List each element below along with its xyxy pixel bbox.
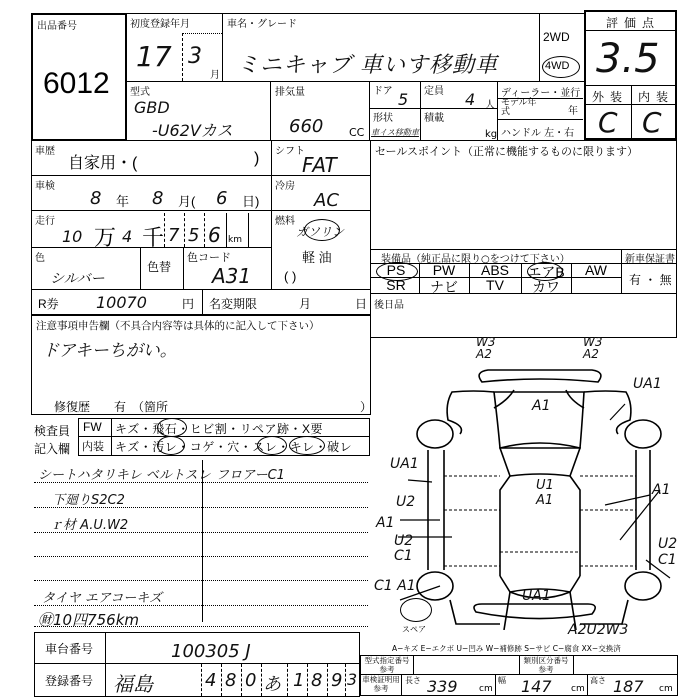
- comment-left-1: シートハタリキレ ベルトスレ: [38, 464, 211, 483]
- model-code-2: -U62Vカス: [152, 118, 233, 141]
- mileage-man: 10: [62, 227, 82, 246]
- comment-left-2: 下廻りS2C2: [52, 489, 125, 508]
- car-name-box: 車名・グレード ミニキャブ 車いす移動車: [222, 13, 540, 82]
- registration-region: 福島: [113, 668, 153, 697]
- load-box: 積載 kg: [420, 108, 498, 141]
- registration-row: 登録番号 福島 4 8 0 あ 1 8 9 3: [34, 663, 360, 697]
- capacity: 4: [465, 90, 475, 109]
- usage-value: 自家用・(: [68, 150, 137, 173]
- displacement: 660: [289, 116, 323, 137]
- lot-label: 出品番号: [37, 17, 77, 32]
- dmg-hood: A1: [532, 398, 550, 414]
- notes-text: ドアキーちがい。: [42, 336, 177, 361]
- int-stain-circle: [157, 436, 185, 455]
- doors-box: ドア 5: [369, 81, 421, 109]
- first-registration-box: 初度登録年月 17 3 月: [125, 13, 223, 82]
- drive-type-box: 2WD 4WD: [539, 13, 585, 82]
- ac: AC: [314, 190, 339, 211]
- car-name-label: 車名・グレード: [227, 15, 297, 30]
- insp-month: 8: [152, 188, 163, 209]
- equip-sr: SR: [373, 277, 419, 293]
- shift: FAT: [302, 153, 337, 177]
- notes-label: 注意事項申告欄（不具合内容等は具体的に記入して下さい）: [36, 318, 320, 333]
- dmg-left-rear-u2: U2: [394, 533, 413, 549]
- int-label: 内装: [82, 438, 104, 454]
- int-wear-circle: [257, 436, 287, 455]
- sales-point-label: セールスポイント（正常に機能するものに限ります）: [375, 143, 638, 159]
- equip-tv: TV: [469, 277, 521, 293]
- comment-left-3: ｒ材 A.U.W2: [50, 514, 128, 533]
- color-row: 色 シルバー: [31, 247, 141, 290]
- dmg-left-rear-door: U2: [396, 494, 415, 510]
- model-code-1: GBD: [134, 98, 170, 117]
- interior-label: 内装: [638, 88, 674, 105]
- dimensions-row: 車検証明用 参考 長さ 339 cm 幅 147 cm 高さ 187 cm: [360, 674, 678, 696]
- interior-grade: C: [642, 106, 662, 139]
- name-change-box: 名変期限 月 日: [202, 289, 371, 316]
- mileage-digit-3: 6: [208, 223, 221, 247]
- recycle-amount: 10070: [96, 293, 147, 312]
- mileage-sen: 4: [122, 227, 132, 246]
- warranty-value: 有 ・ 無: [629, 271, 672, 288]
- equip-pw: PW: [419, 262, 469, 278]
- chassis-row: 車台番号 100305 J: [34, 632, 360, 664]
- exterior-label: 外装: [592, 88, 628, 105]
- dmg-roof: U1 A1: [536, 478, 550, 508]
- length: 339: [427, 677, 458, 696]
- doors: 5: [398, 90, 408, 109]
- fuel-diesel: 軽 油: [302, 247, 332, 266]
- score-box: 評価点 3.5 外装 内装 C C: [584, 10, 677, 140]
- color-code: A31: [212, 264, 251, 288]
- shape-box: 形状 車イス移動車: [369, 108, 421, 141]
- color-code-box: 色コード A31: [183, 247, 272, 290]
- car-name: ミニキャブ 車いす移動車: [237, 48, 498, 79]
- type-cert-label: 型式指定番号 参考: [362, 656, 412, 674]
- first-reg-month: 3: [188, 44, 202, 69]
- dmg-left-sill: A1: [376, 515, 394, 531]
- registration-label: 登録番号: [45, 672, 93, 689]
- ac-box: 冷房 AC: [271, 175, 371, 211]
- comment-right-1: フロアーC1: [216, 464, 285, 483]
- aftermarket-label: 後日品: [374, 296, 404, 311]
- spare-tire-icon: [400, 598, 432, 622]
- drive-4wd-circle: [542, 56, 580, 78]
- mileage-digit-1: 7: [168, 225, 179, 246]
- insp-day: 6: [216, 188, 227, 209]
- fw-stone-circle: [157, 418, 187, 437]
- cert-label: 車検証明用 参考: [362, 675, 400, 693]
- equip-aw: AW: [571, 262, 621, 278]
- dmg-front-left: W3 A2: [476, 336, 496, 360]
- dmg-right-rear-u2: U2: [658, 536, 677, 552]
- model-code-label: 型式: [130, 83, 150, 98]
- inspection-row: 車検 8 年 8 月( 6 日): [31, 175, 272, 211]
- car-body-diagram: [370, 330, 700, 630]
- first-reg-label: 初度登録年月: [130, 15, 190, 30]
- dmg-right-door: A1: [652, 482, 670, 498]
- lot-number-box: 出品番号 6012: [31, 13, 127, 141]
- sales-point-box: セールスポイント（正常に機能するものに限ります）: [370, 140, 677, 250]
- fw-label: FW: [83, 420, 102, 434]
- score-label: 評価点: [606, 14, 660, 31]
- drive-2wd: 2WD: [543, 30, 570, 44]
- comment-left-6: タイヤ エアコーキズ: [42, 587, 162, 606]
- fw-items: キズ・飛石・ヒビ割・リペア跡・X要: [115, 420, 323, 437]
- spare-label: スペア: [402, 624, 426, 635]
- dealer-box: ディーラー・並行 モデル年式 年 ハンドル 左・右: [497, 81, 585, 141]
- type-cert-row: 型式指定番号 参考 類別区分番号 参考: [360, 655, 678, 675]
- lot-number: 6012: [43, 67, 110, 101]
- damage-legend: A−キズ E−エクボ U−凹み W−補修跡 S−サビ C−腐食 XX−交換済: [392, 643, 621, 654]
- dmg-rear-gate: UA1: [522, 588, 551, 604]
- color: シルバー: [50, 268, 105, 288]
- chassis-label: 車台番号: [45, 640, 93, 657]
- dmg-right-rear-c1: C1: [658, 552, 677, 568]
- dmg-left-rear-c1: C1: [394, 548, 413, 564]
- inspector-label-2: 記入欄: [34, 440, 70, 457]
- notes-box: 注意事項申告欄（不具合内容等は具体的に記入して下さい） ドアキーちがい。 修復歴…: [31, 315, 371, 415]
- equipment-box: 装備品（純正品に限り○をつけて下さい） PS PW ABS エアB AW SR …: [370, 249, 677, 294]
- class-label: 類別区分番号 参考: [521, 656, 571, 674]
- capacity-box: 定員 4 人: [420, 81, 498, 109]
- int-tear-circle: [289, 436, 325, 455]
- mileage-row: 走行 10 万 4 千 7 5 6 km: [31, 210, 272, 248]
- usage-row: 車歴 自家用・( ): [31, 140, 272, 176]
- recycle-row: R券 10070 円: [31, 289, 203, 316]
- body-shape: 車イス移動車: [371, 127, 419, 138]
- inspector-label-1: 検査員: [34, 422, 70, 439]
- comment-left-7: ㊖10四756km: [38, 609, 139, 630]
- dmg-front-right-fender: UA1: [633, 376, 662, 392]
- fuel-box: 燃料 ガソリン 軽 油 ( ): [271, 210, 371, 290]
- displacement-label: 排気量: [275, 83, 305, 98]
- equip-abs: ABS: [469, 262, 521, 278]
- dmg-front-right: W3 A2: [583, 336, 603, 360]
- overall-score: 3.5: [596, 36, 660, 82]
- mileage-digit-2: 5: [188, 225, 199, 246]
- insp-year: 8: [90, 188, 101, 209]
- width: 147: [521, 677, 552, 696]
- displacement-box: 排気量 660 CC: [270, 81, 370, 141]
- dmg-rear-bumper: A2U2W3: [568, 622, 628, 638]
- inspector-table: FW キズ・飛石・ヒビ割・リペア跡・X要 内装 キズ・汚レ・コゲ・穴・スレ・キレ…: [78, 418, 370, 456]
- first-reg-year: 17: [136, 40, 172, 73]
- shift-box: シフト FAT: [271, 140, 371, 176]
- dmg-left-front-door: UA1: [390, 456, 419, 472]
- color-change-box: 色替: [140, 247, 184, 290]
- fuel-gasoline-circle: [304, 219, 340, 241]
- chassis-number: 100305 J: [171, 641, 251, 662]
- dmg-left-rear-quarter: C1 A1: [374, 578, 416, 594]
- model-code-box: 型式 GBD -U62Vカス: [125, 81, 271, 141]
- height: 187: [613, 677, 644, 696]
- exterior-grade: C: [598, 106, 618, 139]
